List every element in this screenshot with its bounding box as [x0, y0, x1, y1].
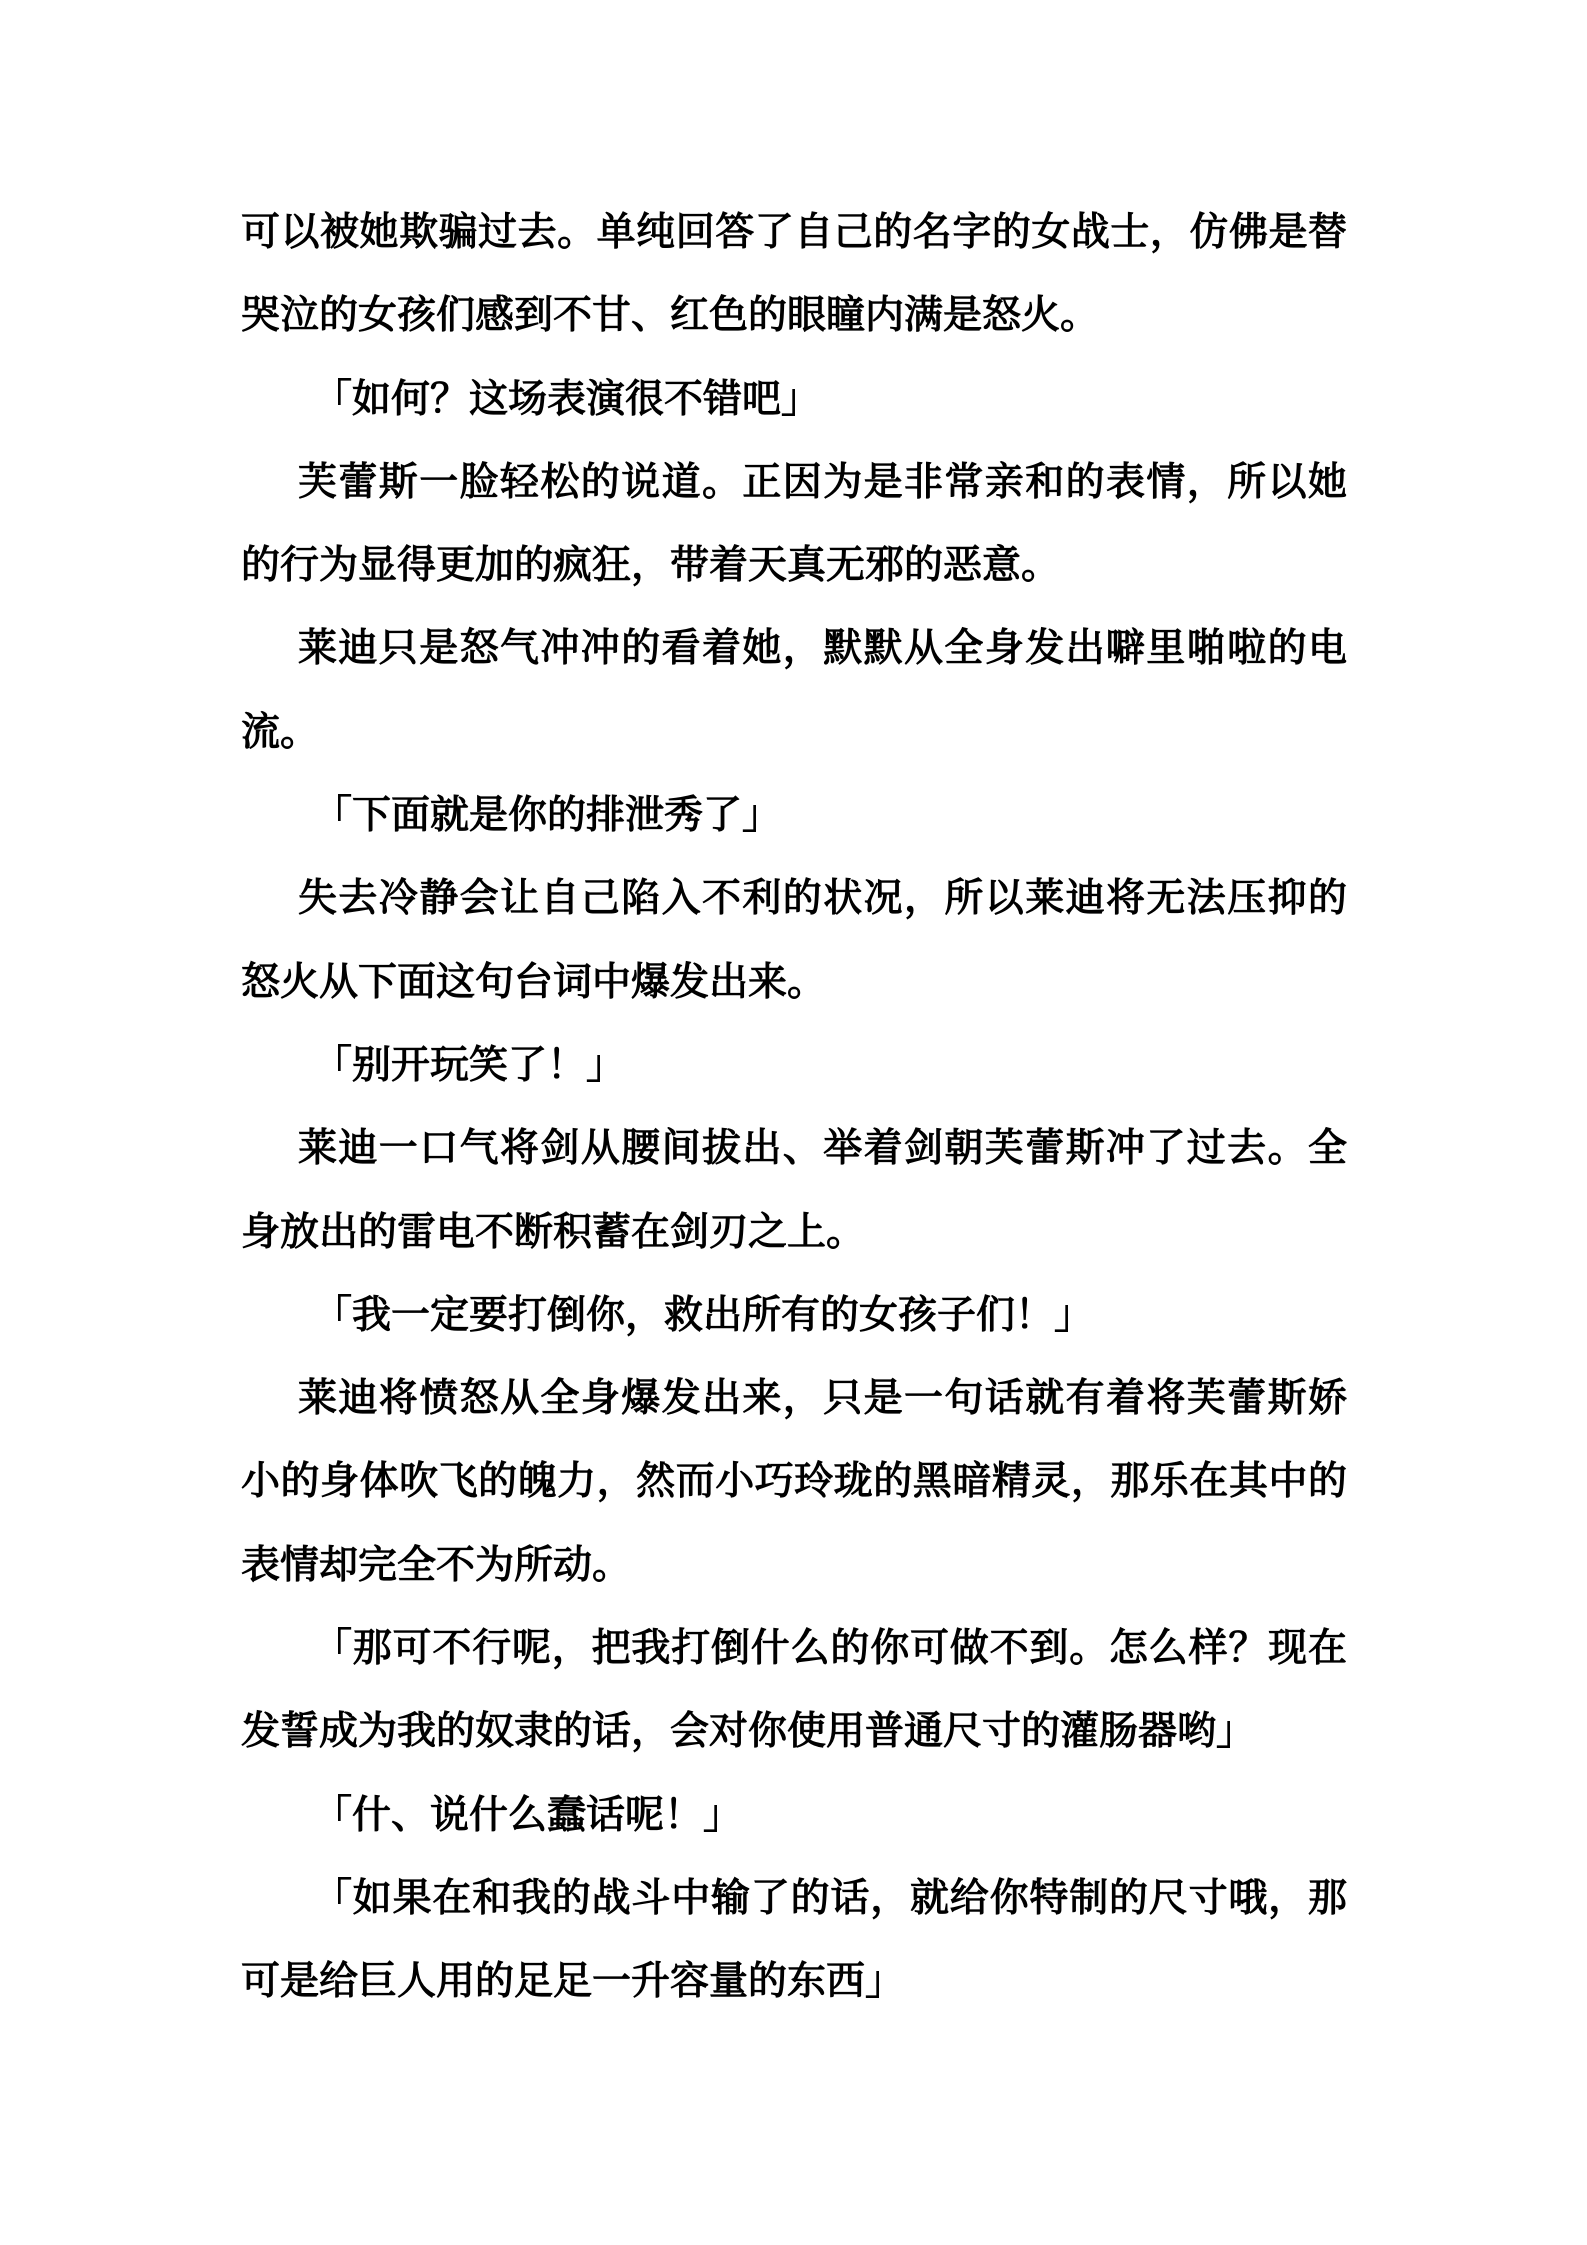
- text-line: 小的身体吹飞的魄力，然而小巧玲珑的黑暗精灵，那乐在其中的: [241, 1440, 1347, 1523]
- dialogue-line: 发誓成为我的奴隶的话，会对你使用普通尺寸的灌肠器哟」: [241, 1690, 1347, 1773]
- paragraph-dialogue: 「如果在和我的战斗中输了的话，就给你特制的尺寸哦，那 可是给巨人用的足足一升容量…: [241, 1857, 1347, 2024]
- dialogue-line: 可是给巨人用的足足一升容量的东西」: [241, 1940, 1347, 2023]
- paragraph-narrative: 莱迪只是怒气冲冲的看着她，默默从全身发出噼里啪啦的电 流。: [241, 607, 1347, 774]
- text-line: 可以被她欺骗过去。单纯回答了自己的名字的女战士，仿佛是替: [241, 191, 1347, 274]
- paragraph-narrative: 芙蕾斯一脸轻松的说道。正因为是非常亲和的表情，所以她 的行为显得更加的疯狂，带着…: [241, 441, 1347, 608]
- dialogue-line: 「我一定要打倒你，救出所有的女孩子们！」: [241, 1274, 1347, 1357]
- dialogue-line: 「如何？这场表演很不错吧」: [241, 358, 1347, 441]
- dialogue-line: 「如果在和我的战斗中输了的话，就给你特制的尺寸哦，那: [241, 1857, 1347, 1940]
- text-line: 的行为显得更加的疯狂，带着天真无邪的恶意。: [241, 524, 1347, 607]
- text-line: 芙蕾斯一脸轻松的说道。正因为是非常亲和的表情，所以她: [241, 441, 1347, 524]
- text-line: 表情却完全不为所动。: [241, 1524, 1347, 1607]
- paragraph-dialogue: 「别开玩笑了！」: [241, 1024, 1347, 1107]
- paragraph-narrative: 失去冷静会让自己陷入不利的状况，所以莱迪将无法压抑的 怒火从下面这句台词中爆发出…: [241, 857, 1347, 1024]
- text-line: 失去冷静会让自己陷入不利的状况，所以莱迪将无法压抑的: [241, 857, 1347, 940]
- text-line: 莱迪只是怒气冲冲的看着她，默默从全身发出噼里啪啦的电: [241, 607, 1347, 690]
- paragraph-dialogue: 「我一定要打倒你，救出所有的女孩子们！」: [241, 1274, 1347, 1357]
- paragraph-dialogue: 「如何？这场表演很不错吧」: [241, 358, 1347, 441]
- text-line: 哭泣的女孩们感到不甘、红色的眼瞳内满是怒火。: [241, 274, 1347, 357]
- text-line: 莱迪一口气将剑从腰间拔出、举着剑朝芙蕾斯冲了过去。全: [241, 1107, 1347, 1190]
- dialogue-line: 「什、说什么蠢话呢！」: [241, 1774, 1347, 1857]
- paragraph-narrative: 莱迪一口气将剑从腰间拔出、举着剑朝芙蕾斯冲了过去。全 身放出的雷电不断积蓄在剑刃…: [241, 1107, 1347, 1274]
- text-line: 身放出的雷电不断积蓄在剑刃之上。: [241, 1191, 1347, 1274]
- text-line: 莱迪将愤怒从全身爆发出来，只是一句话就有着将芙蕾斯娇: [241, 1357, 1347, 1440]
- text-line: 怒火从下面这句台词中爆发出来。: [241, 941, 1347, 1024]
- dialogue-line: 「别开玩笑了！」: [241, 1024, 1347, 1107]
- dialogue-line: 「那可不行呢，把我打倒什么的你可做不到。怎么样？现在: [241, 1607, 1347, 1690]
- paragraph-narrative: 莱迪将愤怒从全身爆发出来，只是一句话就有着将芙蕾斯娇 小的身体吹飞的魄力，然而小…: [241, 1357, 1347, 1607]
- paragraph-dialogue: 「下面就是你的排泄秀了」: [241, 774, 1347, 857]
- dialogue-line: 「下面就是你的排泄秀了」: [241, 774, 1347, 857]
- paragraph-continuation: 可以被她欺骗过去。单纯回答了自己的名字的女战士，仿佛是替 哭泣的女孩们感到不甘、…: [241, 191, 1347, 358]
- body-text: 可以被她欺骗过去。单纯回答了自己的名字的女战士，仿佛是替 哭泣的女孩们感到不甘、…: [241, 191, 1347, 2024]
- paragraph-dialogue: 「那可不行呢，把我打倒什么的你可做不到。怎么样？现在 发誓成为我的奴隶的话，会对…: [241, 1607, 1347, 1774]
- text-line: 流。: [241, 691, 1347, 774]
- paragraph-dialogue: 「什、说什么蠢话呢！」: [241, 1774, 1347, 1857]
- document-page: 可以被她欺骗过去。单纯回答了自己的名字的女战士，仿佛是替 哭泣的女孩们感到不甘、…: [0, 0, 1587, 2245]
